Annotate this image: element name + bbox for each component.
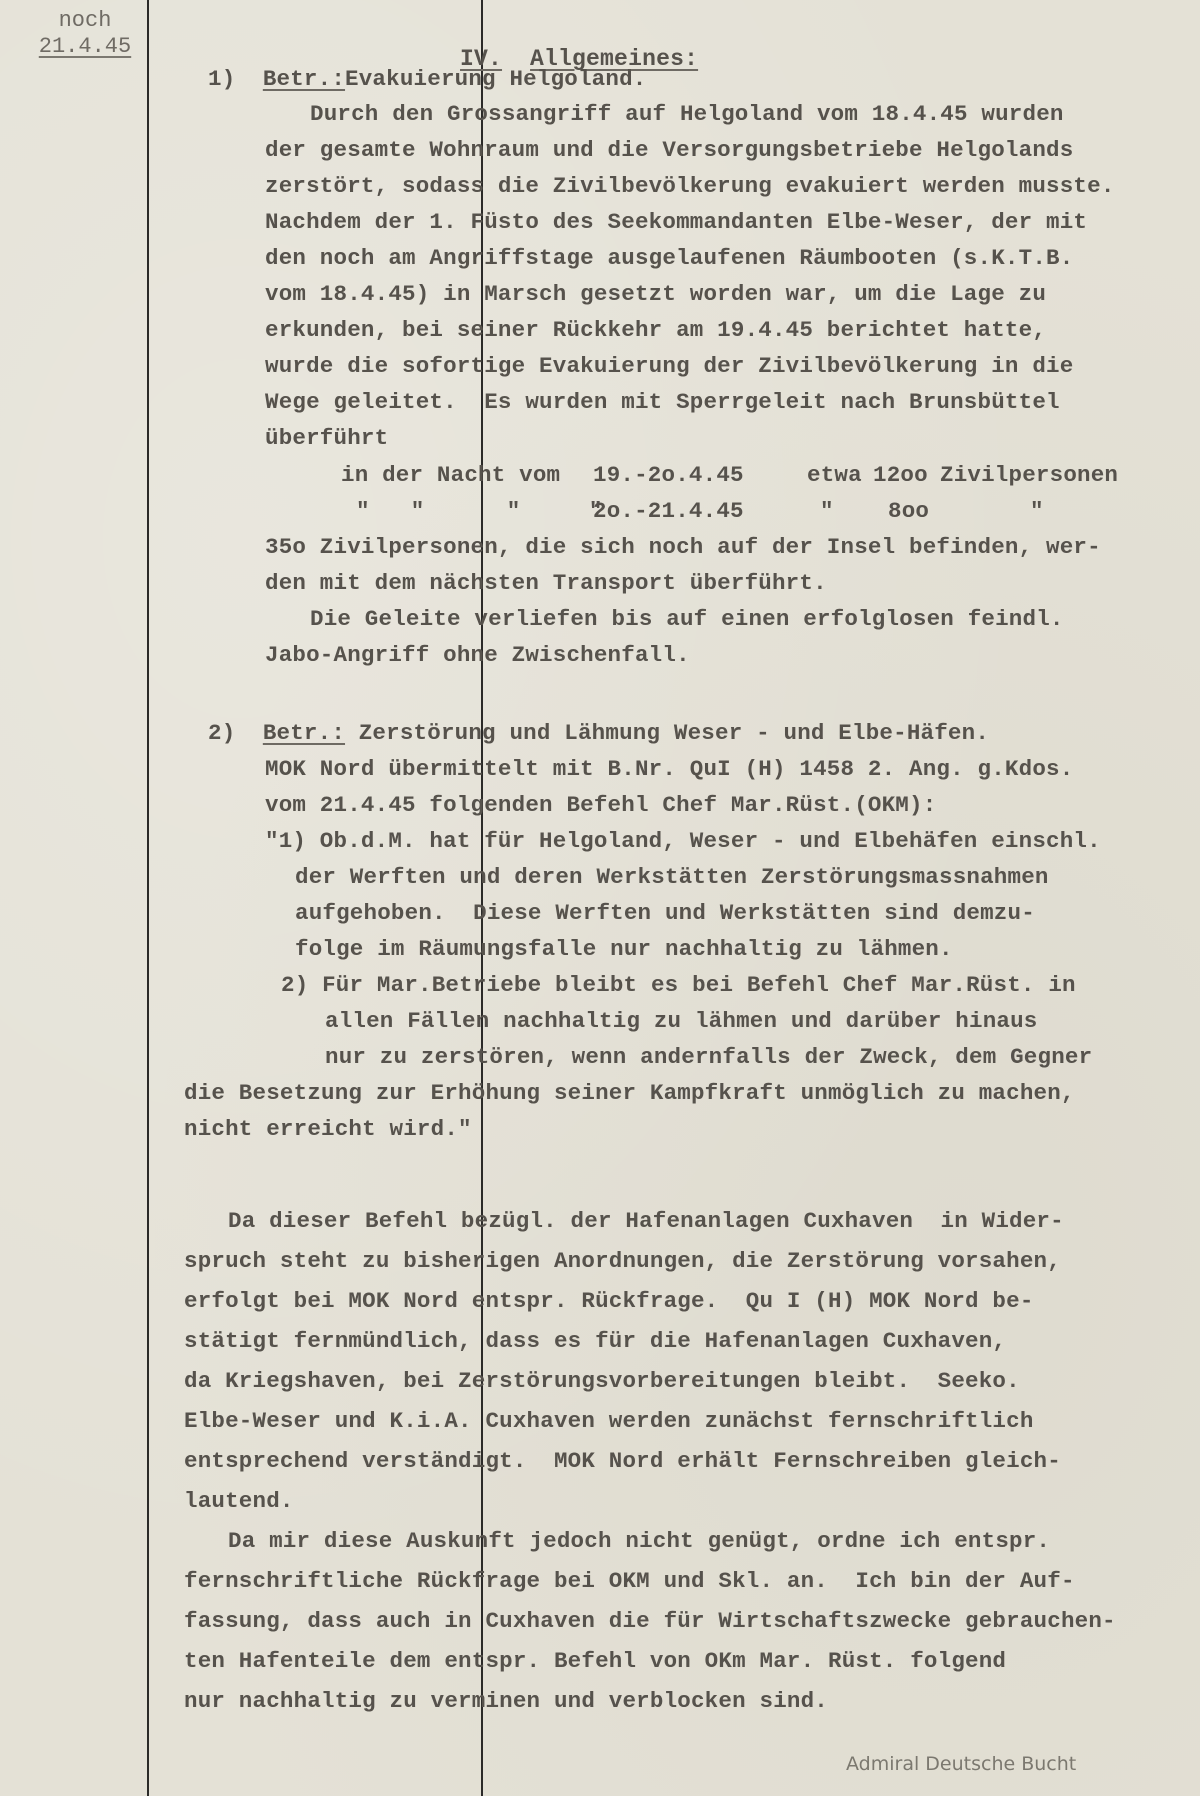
text-line: wurde die sofortige Evakuierung der Zivi…: [265, 351, 1073, 381]
text-line: nicht erreicht wird.": [184, 1114, 472, 1144]
row-unit: Zivilpersonen: [940, 460, 1118, 490]
text-line: stätigt fernmündlich, dass es für die Ha…: [184, 1326, 1006, 1356]
item-number: 1): [208, 66, 235, 92]
row-qty-label: etwa: [807, 460, 862, 490]
text-line: der Werften und deren Werkstätten Zerstö…: [295, 862, 1049, 892]
text-line: aufgehoben. Diese Werften und Werkstätte…: [295, 898, 1035, 928]
subject-text: Evakuierung Helgoland.: [345, 66, 646, 92]
text-line: folge im Räumungsfalle nur nachhaltig zu…: [295, 934, 953, 964]
row-date: 2o.-21.4.45: [593, 496, 744, 526]
margin-rule-left: [147, 0, 149, 1796]
row-when: " " " ": [356, 496, 603, 526]
text-line: Die Geleite verliefen bis auf einen erfo…: [310, 604, 1064, 634]
subject-label: Betr.:: [263, 720, 345, 746]
text-line: allen Fällen nachhaltig zu lähmen und da…: [325, 1006, 1038, 1036]
text-line: erkunden, bei seiner Rückkehr am 19.4.45…: [265, 315, 1046, 345]
row-when: in der Nacht vom: [341, 460, 560, 490]
item-number: 2): [208, 720, 235, 746]
text-line: fassung, dass auch in Cuxhaven die für W…: [184, 1606, 1116, 1636]
row-qty: 12oo: [873, 460, 928, 490]
text-line: lautend.: [184, 1486, 294, 1516]
text-line: die Besetzung zur Erhöhung seiner Kampfk…: [184, 1078, 1075, 1108]
row-qty: 8oo: [888, 496, 929, 526]
text-line: überführt: [265, 423, 388, 453]
text-line: Durch den Grossangriff auf Helgoland vom…: [310, 99, 1064, 129]
margin-note-date: 21.4.45: [30, 34, 140, 60]
text-line: MOK Nord übermittelt mit B.Nr. QuI (H) 1…: [265, 754, 1073, 784]
text-line: vom 18.4.45) in Marsch gesetzt worden wa…: [265, 279, 1046, 309]
item-1-subject: 1) Betr.:Evakuierung Helgoland.: [208, 64, 646, 94]
text-line: nur nachhaltig zu verminen und verblocke…: [184, 1686, 828, 1716]
text-line: Jabo-Angriff ohne Zwischenfall.: [265, 640, 690, 670]
text-line: fernschriftliche Rückfrage bei OKM und S…: [184, 1566, 1075, 1596]
text-line: Da mir diese Auskunft jedoch nicht genüg…: [228, 1526, 1050, 1556]
text-line: Wege geleitet. Es wurden mit Sperrgeleit…: [265, 387, 1060, 417]
text-line: entsprechend verständigt. MOK Nord erhäl…: [184, 1446, 1061, 1476]
text-line: nur zu zerstören, wenn andernfalls der Z…: [325, 1042, 1092, 1072]
text-line: Elbe-Weser und K.i.A. Cuxhaven werden zu…: [184, 1406, 1034, 1436]
item-2-subject: 2) Betr.: Zerstörung und Lähmung Weser -…: [208, 718, 989, 748]
text-line: der gesamte Wohnraum und die Versorgungs…: [265, 135, 1073, 165]
text-line: ten Hafenteile dem entspr. Befehl von OK…: [184, 1646, 1006, 1676]
subject-label: Betr.:: [263, 66, 345, 92]
text-line: 35o Zivilpersonen, die sich noch auf der…: [265, 532, 1101, 562]
text-line: 2) Für Mar.Betriebe bleibt es bei Befehl…: [281, 970, 1076, 1000]
text-line: "1) Ob.d.M. hat für Helgoland, Weser - u…: [265, 826, 1101, 856]
text-line: spruch steht zu bisherigen Anordnungen, …: [184, 1246, 1061, 1276]
row-date: 19.-2o.4.45: [593, 460, 744, 490]
archive-watermark: Admiral Deutsche Bucht: [846, 1753, 1076, 1775]
text-line: den noch am Angriffstage ausgelaufenen R…: [265, 243, 1073, 273]
subject-text: Zerstörung und Lähmung Weser - und Elbe-…: [359, 720, 989, 746]
text-line: erfolgt bei MOK Nord entspr. Rückfrage. …: [184, 1286, 1034, 1316]
margin-note-label: noch: [30, 8, 140, 34]
text-line: Nachdem der 1. Füsto des Seekommandanten…: [265, 207, 1087, 237]
text-line: den mit dem nächsten Transport überführt…: [265, 568, 827, 598]
margin-note: noch 21.4.45: [30, 8, 140, 60]
row-qty-label: ": [820, 496, 834, 526]
row-unit: ": [1030, 496, 1044, 526]
text-line: Da dieser Befehl bezügl. der Hafenanlage…: [228, 1206, 1064, 1236]
text-line: vom 21.4.45 folgenden Befehl Chef Mar.Rü…: [265, 790, 936, 820]
text-line: zerstört, sodass die Zivilbevölkerung ev…: [265, 171, 1115, 201]
text-line: da Kriegshaven, bei Zerstörungsvorbereit…: [184, 1366, 1020, 1396]
